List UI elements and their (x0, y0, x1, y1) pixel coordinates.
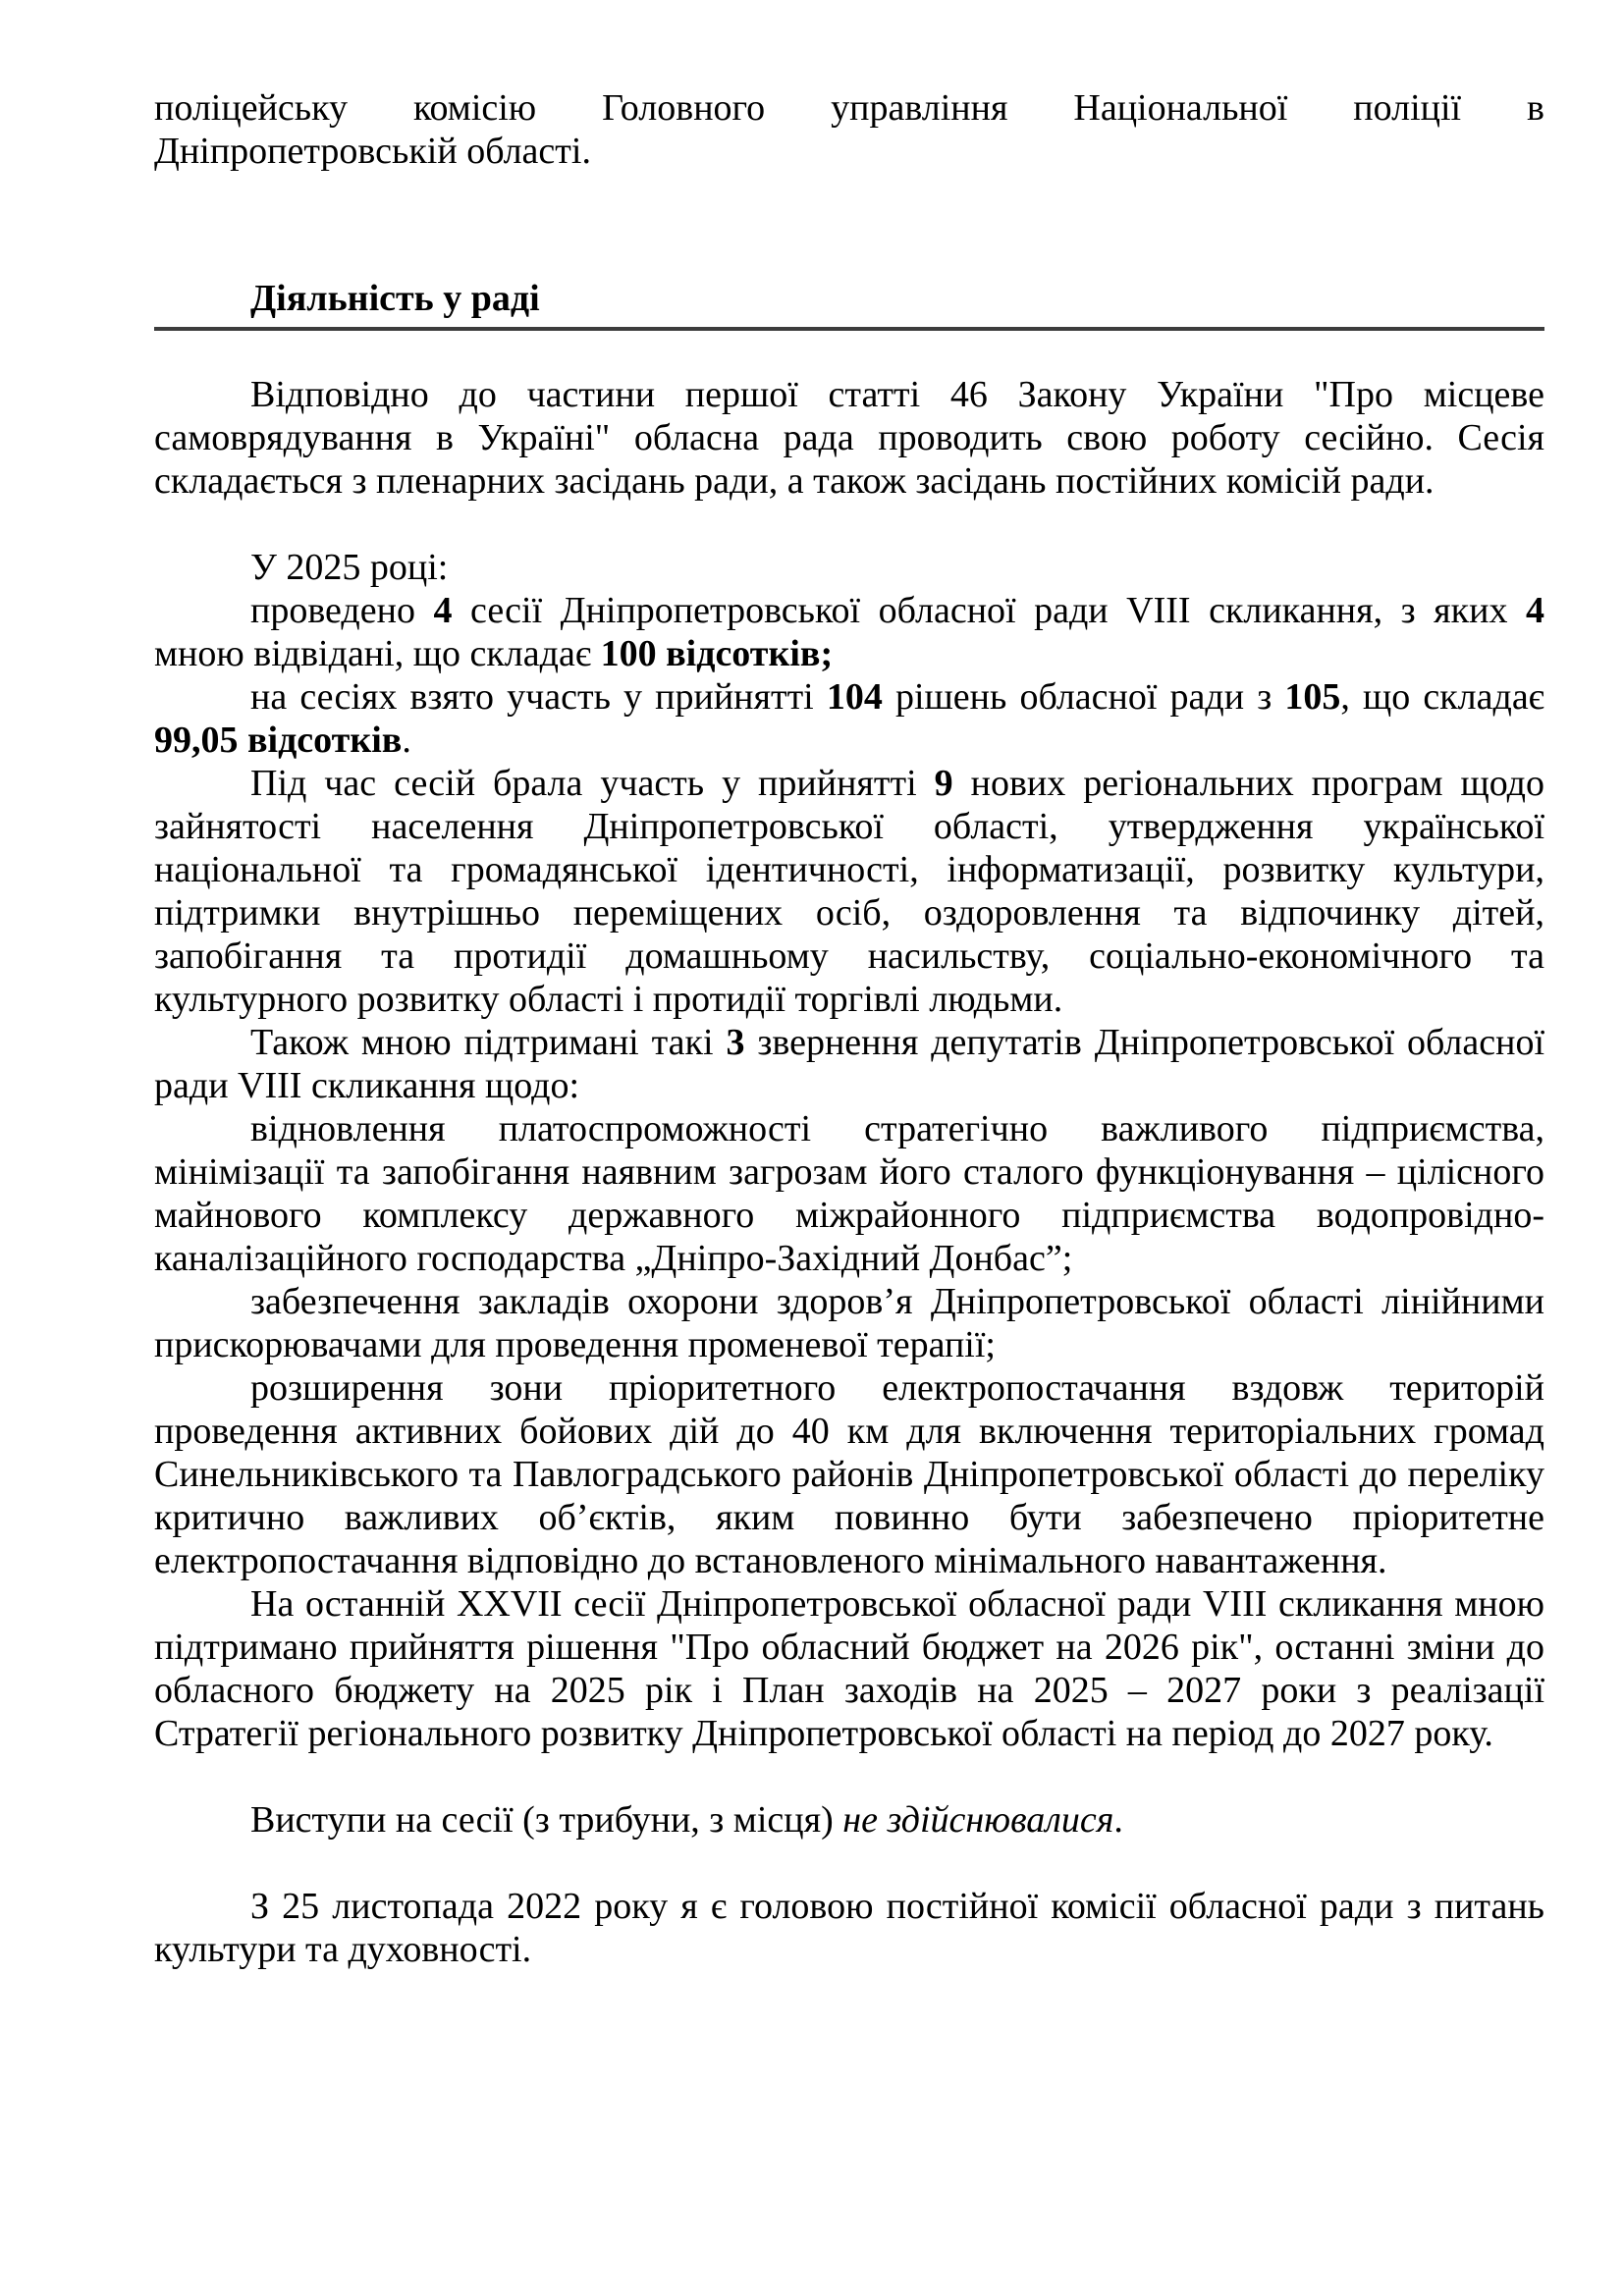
text-run: Виступи на сесії (з трибуни, з місця) (250, 1799, 842, 1841)
text-run: відновлення платоспроможності стратегічн… (154, 1108, 1544, 1279)
text-run: З 25 листопада 2022 року я є головою пос… (154, 1886, 1544, 1970)
text-run: 9 (935, 763, 953, 804)
document-page: поліцейську комісію Головного управління… (0, 0, 1624, 2296)
text-run: . (402, 720, 411, 761)
text-run: Відповідно до частини першої статті 46 З… (154, 374, 1544, 502)
text-run: 4 (1526, 590, 1544, 631)
paragraph-last-session: На останній XXVII сесії Дніпропетровсько… (154, 1582, 1544, 1755)
text-run: Діяльність у раді (250, 278, 540, 319)
text-run: 99,05 відсотків (154, 720, 402, 761)
text-run: поліцейську комісію Головного управління… (154, 87, 1544, 129)
text-run: 3 (726, 1022, 744, 1063)
carryover-paragraph-line-1: поліцейську комісію Головного управління… (154, 86, 1544, 130)
paragraph-appeal-solvency: відновлення платоспроможності стратегічн… (154, 1107, 1544, 1280)
text-run: Також мною підтримані такі (250, 1022, 726, 1063)
paragraph-commission-head: З 25 листопада 2022 року я є головою пос… (154, 1885, 1544, 1971)
paragraph-sessions-attended: проведено 4 сесії Дніпропетровської обла… (154, 589, 1544, 675)
text-run: рішень обласної ради з (883, 676, 1284, 718)
text-run: 104 (827, 676, 883, 718)
text-run: забезпечення закладів охорони здоров’я Д… (154, 1281, 1544, 1365)
text-run: На останній XXVII сесії Дніпропетровсько… (154, 1583, 1544, 1754)
text-run: 4 (433, 590, 452, 631)
paragraph-appeals-supported: Також мною підтримані такі 3 звернення д… (154, 1021, 1544, 1107)
paragraph-decisions-participation: на сесіях взято участь у прийнятті 104 р… (154, 675, 1544, 762)
paragraph-speeches: Виступи на сесії (з трибуни, з місця) не… (154, 1798, 1544, 1842)
text-run: Дніпропетровській області. (154, 131, 591, 172)
text-run: . (1113, 1799, 1123, 1841)
text-run: не здійснювалися (842, 1799, 1113, 1841)
text-run: сесії Дніпропетровської обласної ради VI… (452, 590, 1526, 631)
text-run: 100 відсотків; (601, 633, 833, 674)
text-run: У 2025 році: (250, 547, 448, 588)
section-heading: Діяльність у раді (154, 277, 1544, 331)
carryover-paragraph-line-2: Дніпропетровській області. (154, 130, 1544, 173)
paragraph-regional-programs: Під час сесій брала участь у прийнятті 9… (154, 762, 1544, 1021)
text-run: , що складає (1340, 676, 1544, 718)
text-run: мною відвідані, що складає (154, 633, 601, 674)
text-run: на сесіях взято участь у прийнятті (250, 676, 827, 718)
paragraph-appeal-healthcare: забезпечення закладів охорони здоров’я Д… (154, 1280, 1544, 1366)
text-run: розширення зони пріоритетного електропос… (154, 1367, 1544, 1581)
text-run: Під час сесій брала участь у прийнятті (250, 763, 935, 804)
paragraph-year-intro: У 2025 році: (154, 546, 1544, 589)
document-body: поліцейську комісію Головного управління… (154, 86, 1544, 1971)
paragraph-law-reference: Відповідно до частини першої статті 46 З… (154, 373, 1544, 503)
text-run: 105 (1284, 676, 1340, 718)
text-run: проведено (250, 590, 433, 631)
paragraph-appeal-electricity: розширення зони пріоритетного електропос… (154, 1366, 1544, 1582)
